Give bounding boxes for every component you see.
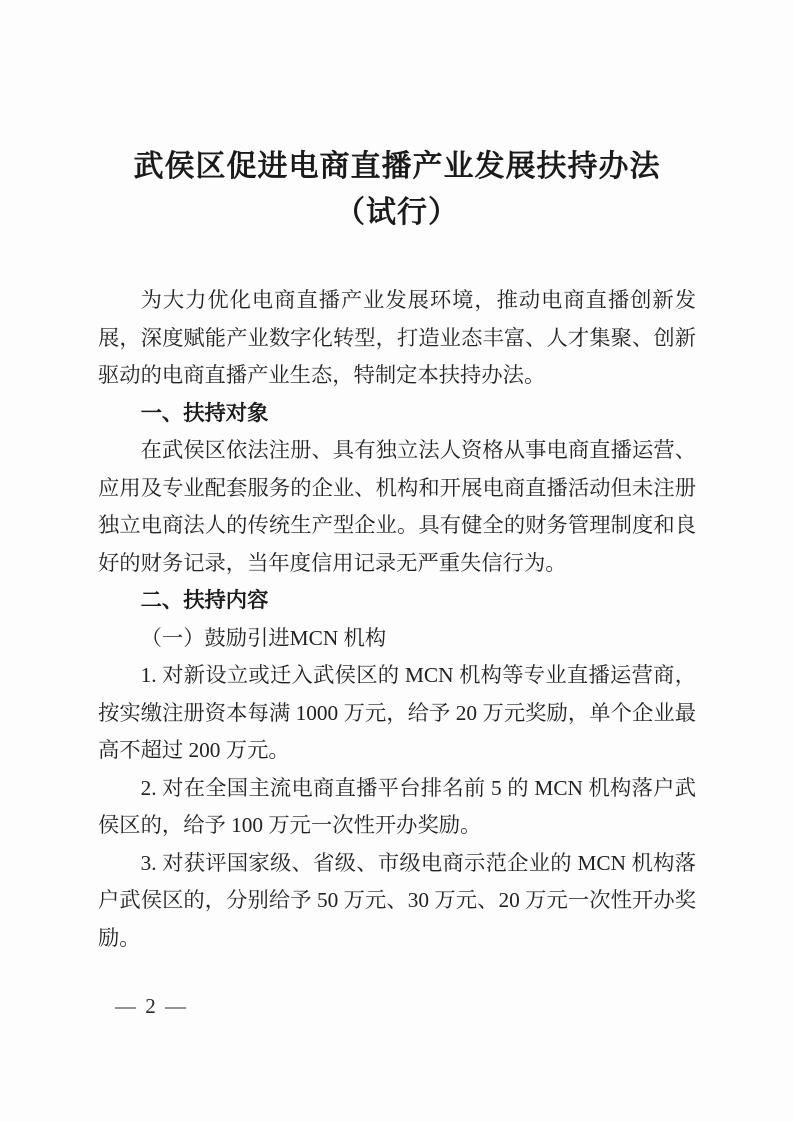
section-heading: 一、扶持对象 bbox=[98, 395, 696, 433]
section-heading: 二、扶持内容 bbox=[98, 582, 696, 620]
paragraph: 在武侯区依法注册、具有独立法人资格从事电商直播运营、应用及专业配套服务的企业、机… bbox=[98, 432, 696, 582]
paragraph: 3. 对获评国家级、省级、市级电商示范企业的 MCN 机构落户武侯区的，分别给予… bbox=[98, 845, 696, 958]
document-title: 武侯区促进电商直播产业发展扶持办法 bbox=[98, 144, 696, 190]
subsection-heading: （一）鼓励引进MCN 机构 bbox=[98, 620, 696, 658]
paragraph: 1. 对新设立或迁入武侯区的 MCN 机构等专业直播运营商，按实缴注册资本每满 … bbox=[98, 657, 696, 770]
document-subtitle: （试行） bbox=[98, 190, 696, 236]
paragraph: 为大力优化电商直播产业发展环境，推动电商直播创新发展，深度赋能产业数字化转型，打… bbox=[98, 282, 696, 395]
document-content: 武侯区促进电商直播产业发展扶持办法 （试行） 为大力优化电商直播产业发展环境，推… bbox=[98, 144, 696, 957]
paragraph: 2. 对在全国主流电商直播平台排名前 5 的 MCN 机构落户武侯区的，给予 1… bbox=[98, 770, 696, 845]
document-body: 为大力优化电商直播产业发展环境，推动电商直播创新发展，深度赋能产业数字化转型，打… bbox=[98, 282, 696, 957]
page-number: — 2 — bbox=[115, 993, 188, 1019]
document-page: 武侯区促进电商直播产业发展扶持办法 （试行） 为大力优化电商直播产业发展环境，推… bbox=[0, 0, 793, 1122]
